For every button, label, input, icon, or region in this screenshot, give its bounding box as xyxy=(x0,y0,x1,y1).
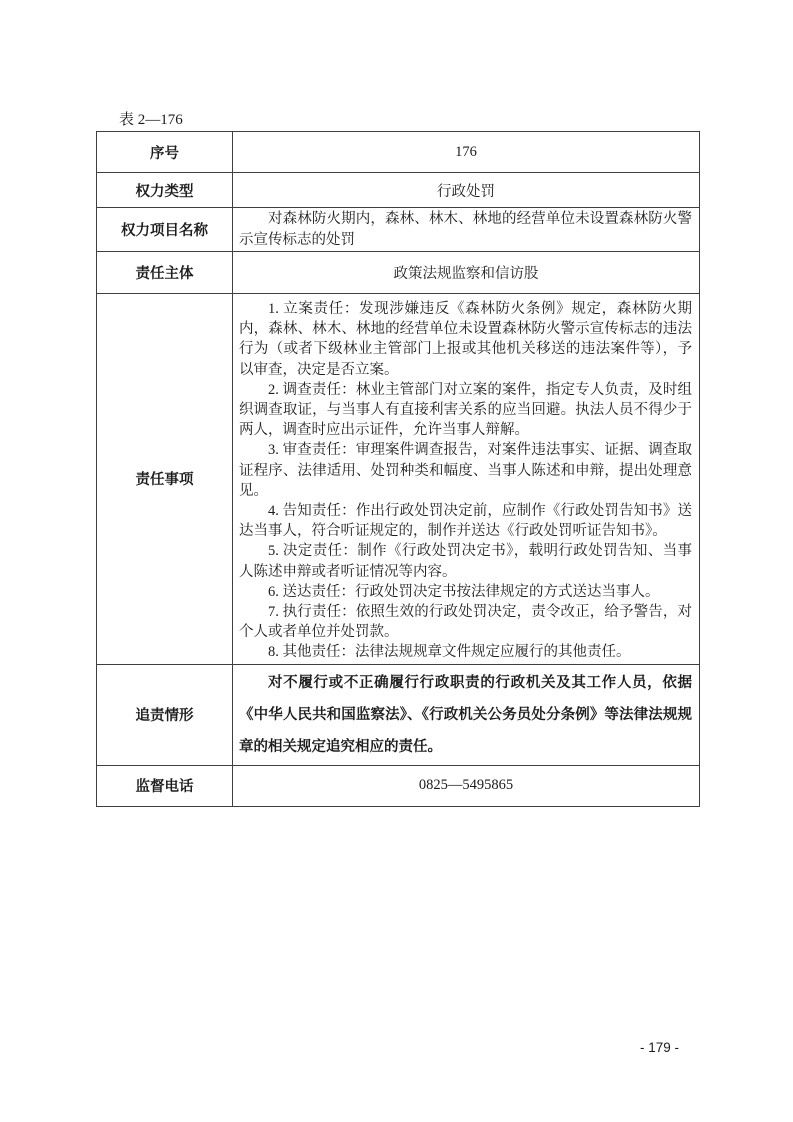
row-value-power-type: 行政处罚 xyxy=(233,173,700,208)
document-page: 表 2—176 序号 176 权力类型 行政处罚 权力项目名称 对森林防火期内，… xyxy=(0,0,793,1122)
table-row-power-item-name: 权力项目名称 对森林防火期内，森林、林木、林地的经营单位未设置森林防火警示宣传标… xyxy=(97,208,700,252)
row-label-power-type: 权力类型 xyxy=(97,173,233,208)
power-item-name-text: 对森林防火期内，森林、林木、林地的经营单位未设置森林防火警示宣传标志的处罚 xyxy=(239,209,692,250)
row-value-power-item-name: 对森林防火期内，森林、林木、林地的经营单位未设置森林防火警示宣传标志的处罚 xyxy=(233,208,700,252)
row-value-responsible-body: 政策法规监察和信访股 xyxy=(233,252,700,294)
duty-item-7: 7. 执行责任：依照生效的行政处罚决定，责令改正，给予警告，对个人或者单位并处罚… xyxy=(239,602,692,642)
duty-item-5: 5. 决定责任：制作《行政处罚决定书》，载明行政处罚告知、当事人陈述申辩或者听证… xyxy=(239,541,692,581)
table-row-serial: 序号 176 xyxy=(97,132,700,173)
table-row-supervision-phone: 监督电话 0825—5495865 xyxy=(97,765,700,806)
row-value-duty-items: 1. 立案责任：发现涉嫌违反《森林防火条例》规定，森林防火期内，森林、林木、林地… xyxy=(233,294,700,665)
table-row-accountability: 追责情形 对不履行或不正确履行行政职责的行政机关及其工作人员，依据《中华人民共和… xyxy=(97,664,700,765)
row-label-responsible-body: 责任主体 xyxy=(97,252,233,294)
table-caption: 表 2—176 xyxy=(119,108,183,129)
row-label-duty-items: 责任事项 xyxy=(97,294,233,665)
duty-item-3: 3. 审查责任：审理案件调查报告，对案件违法事实、证据、调查取证程序、法律适用、… xyxy=(239,440,692,501)
page-number: - 179 - xyxy=(640,1040,679,1055)
row-value-accountability: 对不履行或不正确履行行政职责的行政机关及其工作人员，依据《中华人民共和国监察法》… xyxy=(233,664,700,765)
row-value-supervision-phone: 0825—5495865 xyxy=(233,765,700,806)
duty-item-4: 4. 告知责任：作出行政处罚决定前，应制作《行政处罚告知书》送达当事人，符合听证… xyxy=(239,501,692,541)
duty-item-1: 1. 立案责任：发现涉嫌违反《森林防火条例》规定，森林防火期内，森林、林木、林地… xyxy=(239,299,692,380)
duty-item-6: 6. 送达责任：行政处罚决定书按法律规定的方式送达当事人。 xyxy=(239,582,692,602)
row-value-serial: 176 xyxy=(233,132,700,173)
accountability-text: 对不履行或不正确履行行政职责的行政机关及其工作人员，依据《中华人民共和国监察法》… xyxy=(239,667,692,763)
row-label-accountability: 追责情形 xyxy=(97,664,233,765)
responsibility-table: 序号 176 权力类型 行政处罚 权力项目名称 对森林防火期内，森林、林木、林地… xyxy=(96,131,700,807)
row-label-serial: 序号 xyxy=(97,132,233,173)
row-label-power-item-name: 权力项目名称 xyxy=(97,208,233,252)
row-label-supervision-phone: 监督电话 xyxy=(97,765,233,806)
duty-item-8: 8. 其他责任：法律法规规章文件规定应履行的其他责任。 xyxy=(239,642,692,662)
table-row-power-type: 权力类型 行政处罚 xyxy=(97,173,700,208)
table-row-duty-items: 责任事项 1. 立案责任：发现涉嫌违反《森林防火条例》规定，森林防火期内，森林、… xyxy=(97,294,700,665)
duty-item-2: 2. 调查责任：林业主管部门对立案的案件，指定专人负责，及时组织调查取证，与当事… xyxy=(239,380,692,441)
table-row-responsible-body: 责任主体 政策法规监察和信访股 xyxy=(97,252,700,294)
